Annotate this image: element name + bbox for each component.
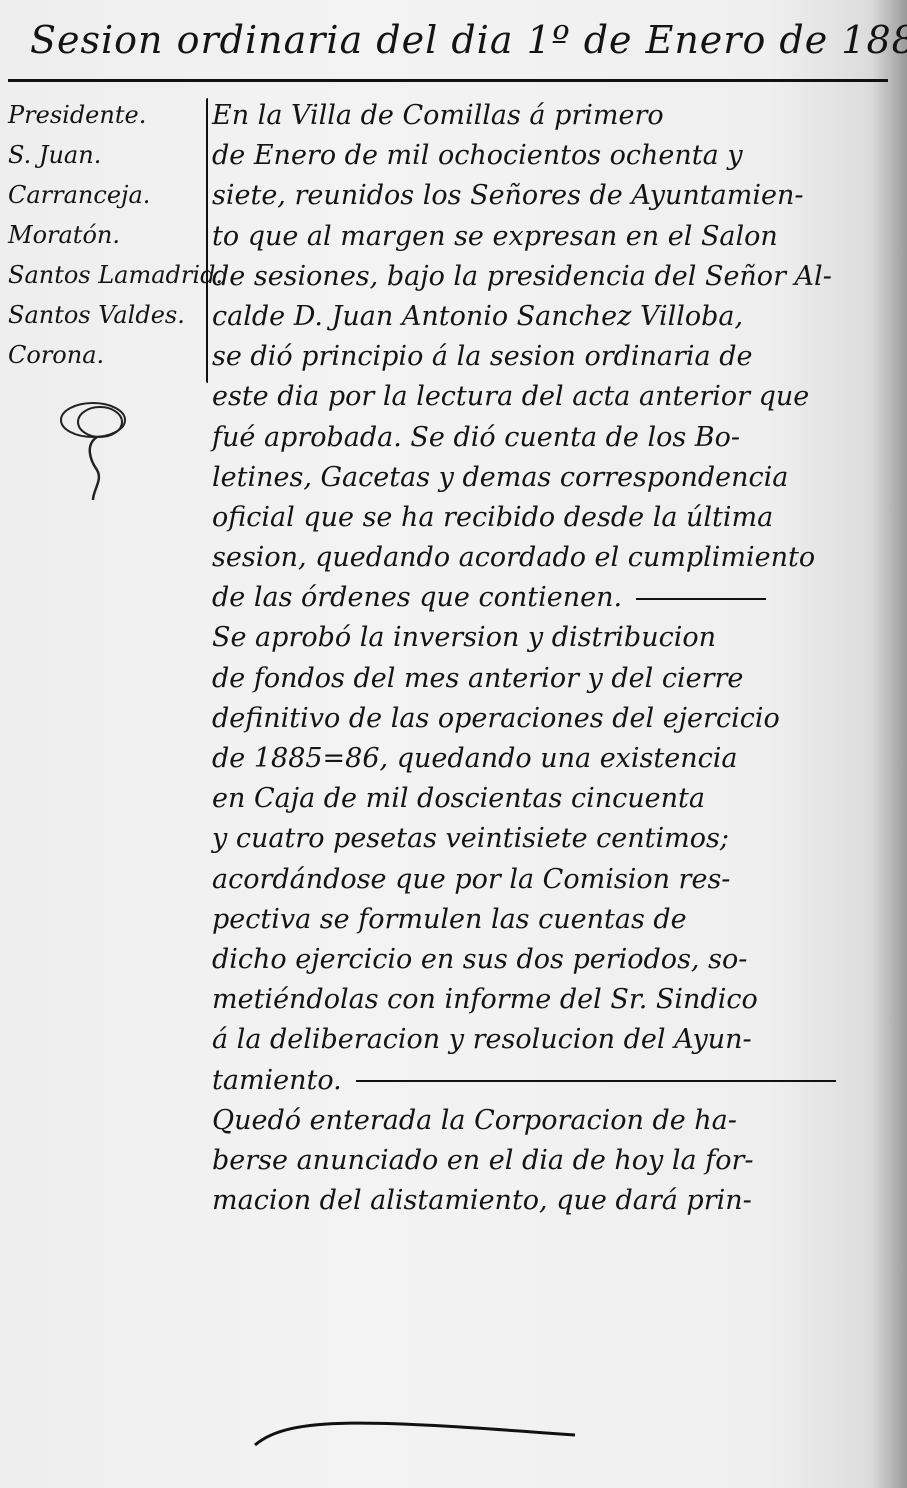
body-line-text: este dia por la lectura del acta anterio… — [212, 381, 809, 412]
body-line: fué aprobada. Se dió cuenta de los Bo- — [212, 418, 907, 458]
body-line: oficial que se ha recibido desde la últi… — [212, 498, 907, 538]
session-heading: Sesion ordinaria del dia 1º de Enero de … — [30, 18, 890, 62]
body-line-text: acordándose que por la Comision res- — [212, 864, 730, 895]
body-line-text: letines, Gacetas y demas correspondencia — [212, 462, 788, 493]
body-line-text: de fondos del mes anterior y del cierre — [212, 663, 743, 694]
body-line-text: sesion, quedando acordado el cumplimient… — [212, 542, 815, 573]
body-line: siete, reunidos los Señores de Ayuntamie… — [212, 176, 907, 216]
margin-attendee: S. Juan. — [8, 135, 208, 175]
body-line: de 1885=86, quedando una existencia — [212, 739, 907, 779]
body-line-text: berse anunciado en el dia de hoy la for- — [212, 1145, 754, 1176]
body-line-text: calde D. Juan Antonio Sanchez Villoba, — [212, 301, 743, 332]
body-line: de Enero de mil ochocientos ochenta y — [212, 136, 907, 176]
body-line: se dió principio á la sesion ordinaria d… — [212, 337, 907, 377]
body-line: y cuatro pesetas veintisiete centimos; — [212, 819, 907, 859]
body-line-text: tamiento. — [212, 1065, 342, 1096]
margin-attendee: Santos Valdes. — [8, 295, 208, 335]
body-line-text: metiéndolas con informe del Sr. Sindico — [212, 984, 758, 1015]
body-line-text: dicho ejercicio en sus dos periodos, so- — [212, 944, 747, 975]
body-line-text: siete, reunidos los Señores de Ayuntamie… — [212, 180, 803, 211]
body-line-text: definitivo de las operaciones del ejerci… — [212, 703, 780, 734]
body-line: de las órdenes que contienen. — [212, 578, 907, 618]
body-line-text: de 1885=86, quedando una existencia — [212, 743, 737, 774]
line-filler-dash — [636, 598, 766, 600]
margin-attendee: Moratón. — [8, 215, 208, 255]
body-line: metiéndolas con informe del Sr. Sindico — [212, 980, 907, 1020]
margin-attendee: Presidente. — [8, 95, 208, 135]
body-line-text: Se aprobó la inversion y distribucion — [212, 622, 716, 653]
body-line: macion del alistamiento, que dará prin- — [212, 1181, 907, 1221]
margin-attendee: Corona. — [8, 335, 208, 375]
body-line: á la deliberacion y resolucion del Ayun- — [212, 1020, 907, 1060]
body-line: Quedó enterada la Corporacion de ha- — [212, 1101, 907, 1141]
line-filler-dash — [356, 1080, 836, 1082]
body-line: pectiva se formulen las cuentas de — [212, 900, 907, 940]
margin-attendee-list: Presidente. S. Juan. Carranceja. Moratón… — [8, 95, 208, 375]
body-line: tamiento. — [212, 1061, 907, 1101]
body-line-text: de sesiones, bajo la presidencia del Señ… — [212, 261, 832, 292]
body-line-text: fué aprobada. Se dió cuenta de los Bo- — [212, 422, 740, 453]
heading-underline — [8, 79, 888, 82]
body-line-text: Quedó enterada la Corporacion de ha- — [212, 1105, 737, 1136]
body-line: letines, Gacetas y demas correspondencia — [212, 458, 907, 498]
body-line-text: se dió principio á la sesion ordinaria d… — [212, 341, 753, 372]
body-line-text: En la Villa de Comillas á primero — [212, 100, 664, 131]
body-line: acordándose que por la Comision res- — [212, 860, 907, 900]
body-line-text: de las órdenes que contienen. — [212, 582, 622, 613]
body-line: en Caja de mil doscientas cincuenta — [212, 779, 907, 819]
margin-attendee: Carranceja. — [8, 175, 208, 215]
body-line: to que al margen se expresan en el Salon — [212, 217, 907, 257]
body-line-text: y cuatro pesetas veintisiete centimos; — [212, 823, 729, 854]
body-line: definitivo de las operaciones del ejerci… — [212, 699, 907, 739]
body-line: Se aprobó la inversion y distribucion — [212, 618, 907, 658]
body-line-text: á la deliberacion y resolucion del Ayun- — [212, 1024, 752, 1055]
body-line: este dia por la lectura del acta anterio… — [212, 377, 907, 417]
body-line: En la Villa de Comillas á primero — [212, 96, 907, 136]
body-line-text: macion del alistamiento, que dará prin- — [212, 1185, 752, 1216]
body-line: dicho ejercicio en sus dos periodos, so- — [212, 940, 907, 980]
margin-attendee: Santos Lamadrid. — [8, 255, 208, 295]
manuscript-page: Sesion ordinaria del dia 1º de Enero de … — [0, 0, 907, 1488]
body-line-text: to que al margen se expresan en el Salon — [212, 221, 778, 252]
body-line-text: en Caja de mil doscientas cincuenta — [212, 783, 705, 814]
minutes-body: En la Villa de Comillas á primero de Ene… — [212, 96, 907, 1221]
body-line: de fondos del mes anterior y del cierre — [212, 659, 907, 699]
body-line: sesion, quedando acordado el cumplimient… — [212, 538, 907, 578]
body-line: de sesiones, bajo la presidencia del Señ… — [212, 257, 907, 297]
body-line-text: oficial que se ha recibido desde la últi… — [212, 502, 773, 533]
body-line-text: de Enero de mil ochocientos ochenta y — [212, 140, 743, 171]
body-line: calde D. Juan Antonio Sanchez Villoba, — [212, 297, 907, 337]
body-line-text: pectiva se formulen las cuentas de — [212, 904, 687, 935]
closing-flourish-icon — [250, 1410, 580, 1450]
signature-flourish-icon — [55, 395, 135, 515]
body-line: berse anunciado en el dia de hoy la for- — [212, 1141, 907, 1181]
